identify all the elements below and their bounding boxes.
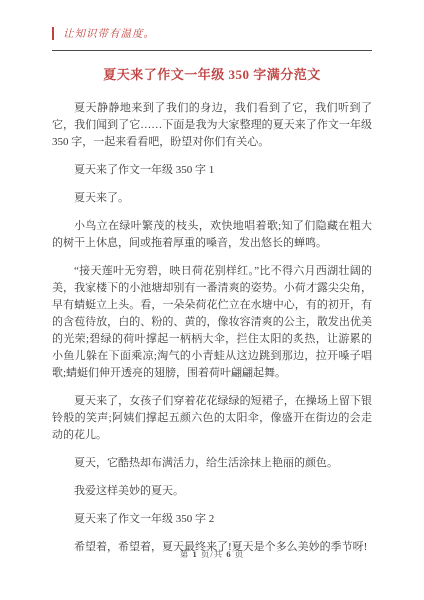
paragraph-intro: 夏天静静地来到了我们的身边，我们看到了它，我们听到了它，我们闻到了它……下面是我…	[52, 100, 372, 151]
paragraph: 我爱这样美妙的夏天。	[52, 483, 372, 500]
page-footer: 第 1 页/共 6 页	[0, 548, 424, 560]
essay-body: 夏天静静地来到了我们的身边，我们看到了它，我们听到了它，我们闻到了它……下面是我…	[52, 100, 372, 556]
subheading-essay-1: 夏天来了作文一年级 350 字 1	[52, 162, 372, 179]
paragraph: 夏天，它酷热却布满活力，给生活涂抹上艳丽的颜色。	[52, 455, 372, 472]
paragraph: “接天莲叶无穷碧，映日荷花别样红。”比不得六月西湖壮阔的美，我家楼下的小池塘却别…	[52, 263, 372, 382]
paragraph: 小鸟立在绿叶繁茂的枝头，欢快地唱着歌;知了们隐藏在粗大的树干上休息，间或拖着厚重…	[52, 218, 372, 252]
footer-separator: 页/共	[198, 549, 227, 559]
footer-suffix: 页	[232, 549, 245, 559]
subheading-essay-2: 夏天来了作文一年级 350 字 2	[52, 511, 372, 528]
paragraph: 夏天来了。	[52, 190, 372, 207]
header-divider	[52, 50, 372, 51]
footer-prefix: 第	[180, 549, 193, 559]
paragraph: 夏天来了，女孩子们穿着花花绿绿的短裙子，在操场上留下银铃般的笑声;阿姨们撑起五颜…	[52, 393, 372, 444]
document-page: 让知识带有温度。 夏天来了作文一年级 350 字满分范文 夏天静静地来到了我们的…	[0, 0, 424, 600]
page-title: 夏天来了作文一年级 350 字满分范文	[52, 64, 372, 83]
header-slogan: 让知识带有温度。	[63, 26, 155, 41]
page-header: 让知识带有温度。	[52, 26, 372, 41]
accent-bar	[52, 27, 54, 40]
